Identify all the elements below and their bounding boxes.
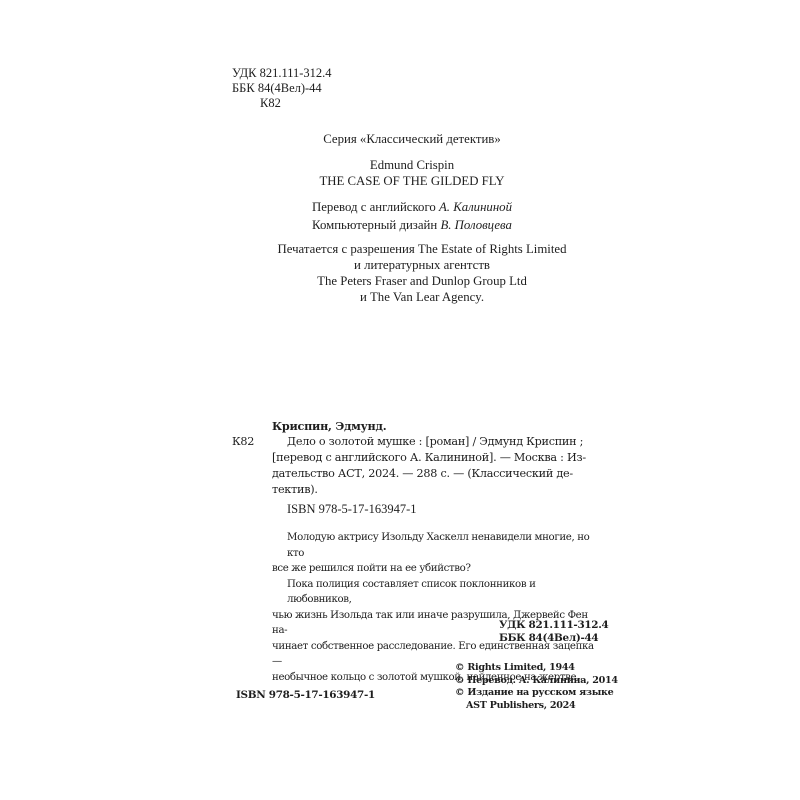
author-mark: К82 [232,96,332,111]
design-credit: Компьютерный дизайн В. Половцева [232,217,592,233]
permission-line: Печатается с разрешения The Estate of Ri… [242,241,602,257]
copyright-block: © Rights Limited, 1944 © Перевод. А. Кал… [455,662,618,712]
annotation-line: все же решился пойти на ее убийство? [272,561,602,577]
copyright-line: © Rights Limited, 1944 [455,662,618,675]
catalog-line: тектив). [272,482,602,498]
udk-code-bottom: УДК 821.111-312.4 [499,619,609,632]
classification-bottom: УДК 821.111-312.4 ББК 84(4Вел)-44 [499,619,609,645]
bbk-code: ББК 84(4Вел)-44 [232,81,332,96]
classification-block: УДК 821.111-312.4 ББК 84(4Вел)-44 К82 [232,66,332,111]
design-label: Компьютерный дизайн [312,218,440,232]
translation-credit: Перевод с английского А. Калининой [232,199,592,215]
isbn-bottom: ISBN 978-5-17-163947-1 [236,689,375,702]
catalog-line: [перевод с английского А. Калининой]. — … [272,450,602,466]
translator-name: А. Калининой [439,200,512,214]
catalog-line: дательство АСТ, 2024. — 288 с. — (Класси… [272,466,602,482]
annotation-line: Молодую актрису Изольду Хаскелл ненавиде… [272,530,602,561]
designer-name: В. Половцева [440,218,512,232]
series-text: Серия «Классический детектив» [323,132,501,146]
original-info: Edmund Crispin THE CASE OF THE GILDED FL… [232,157,592,189]
original-title: THE CASE OF THE GILDED FLY [232,173,592,189]
bbk-code-bottom: ББК 84(4Вел)-44 [499,632,609,645]
udk-code: УДК 821.111-312.4 [232,66,332,81]
permission-line: и The Van Lear Agency. [242,289,602,305]
copyright-line: © Перевод. А. Калинина, 2014 [455,675,618,688]
permission-line: и литературных агентств [242,257,602,273]
permission-block: Печатается с разрешения The Estate of Ri… [242,241,602,305]
annotation-line: Пока полиция составляет список поклонник… [272,577,602,608]
copyright-line: AST Publishers, 2024 [455,700,618,713]
catalog-isbn: ISBN 978-5-17-163947-1 [287,502,417,517]
catalog-code: К82 [232,434,254,450]
catalog-line: Дело о золотой мушке : [роман] / Эдмунд … [272,434,602,450]
copyright-line: © Издание на русском языке [455,687,618,700]
catalog-description: Дело о золотой мушке : [роман] / Эдмунд … [272,434,602,498]
series-line: Серия «Классический детектив» [232,131,592,147]
original-author: Edmund Crispin [232,157,592,173]
permission-line: The Peters Fraser and Dunlop Group Ltd [242,273,602,289]
translation-label: Перевод с английского [312,200,439,214]
catalog-author-heading: Криспин, Эдмунд. [272,418,386,434]
